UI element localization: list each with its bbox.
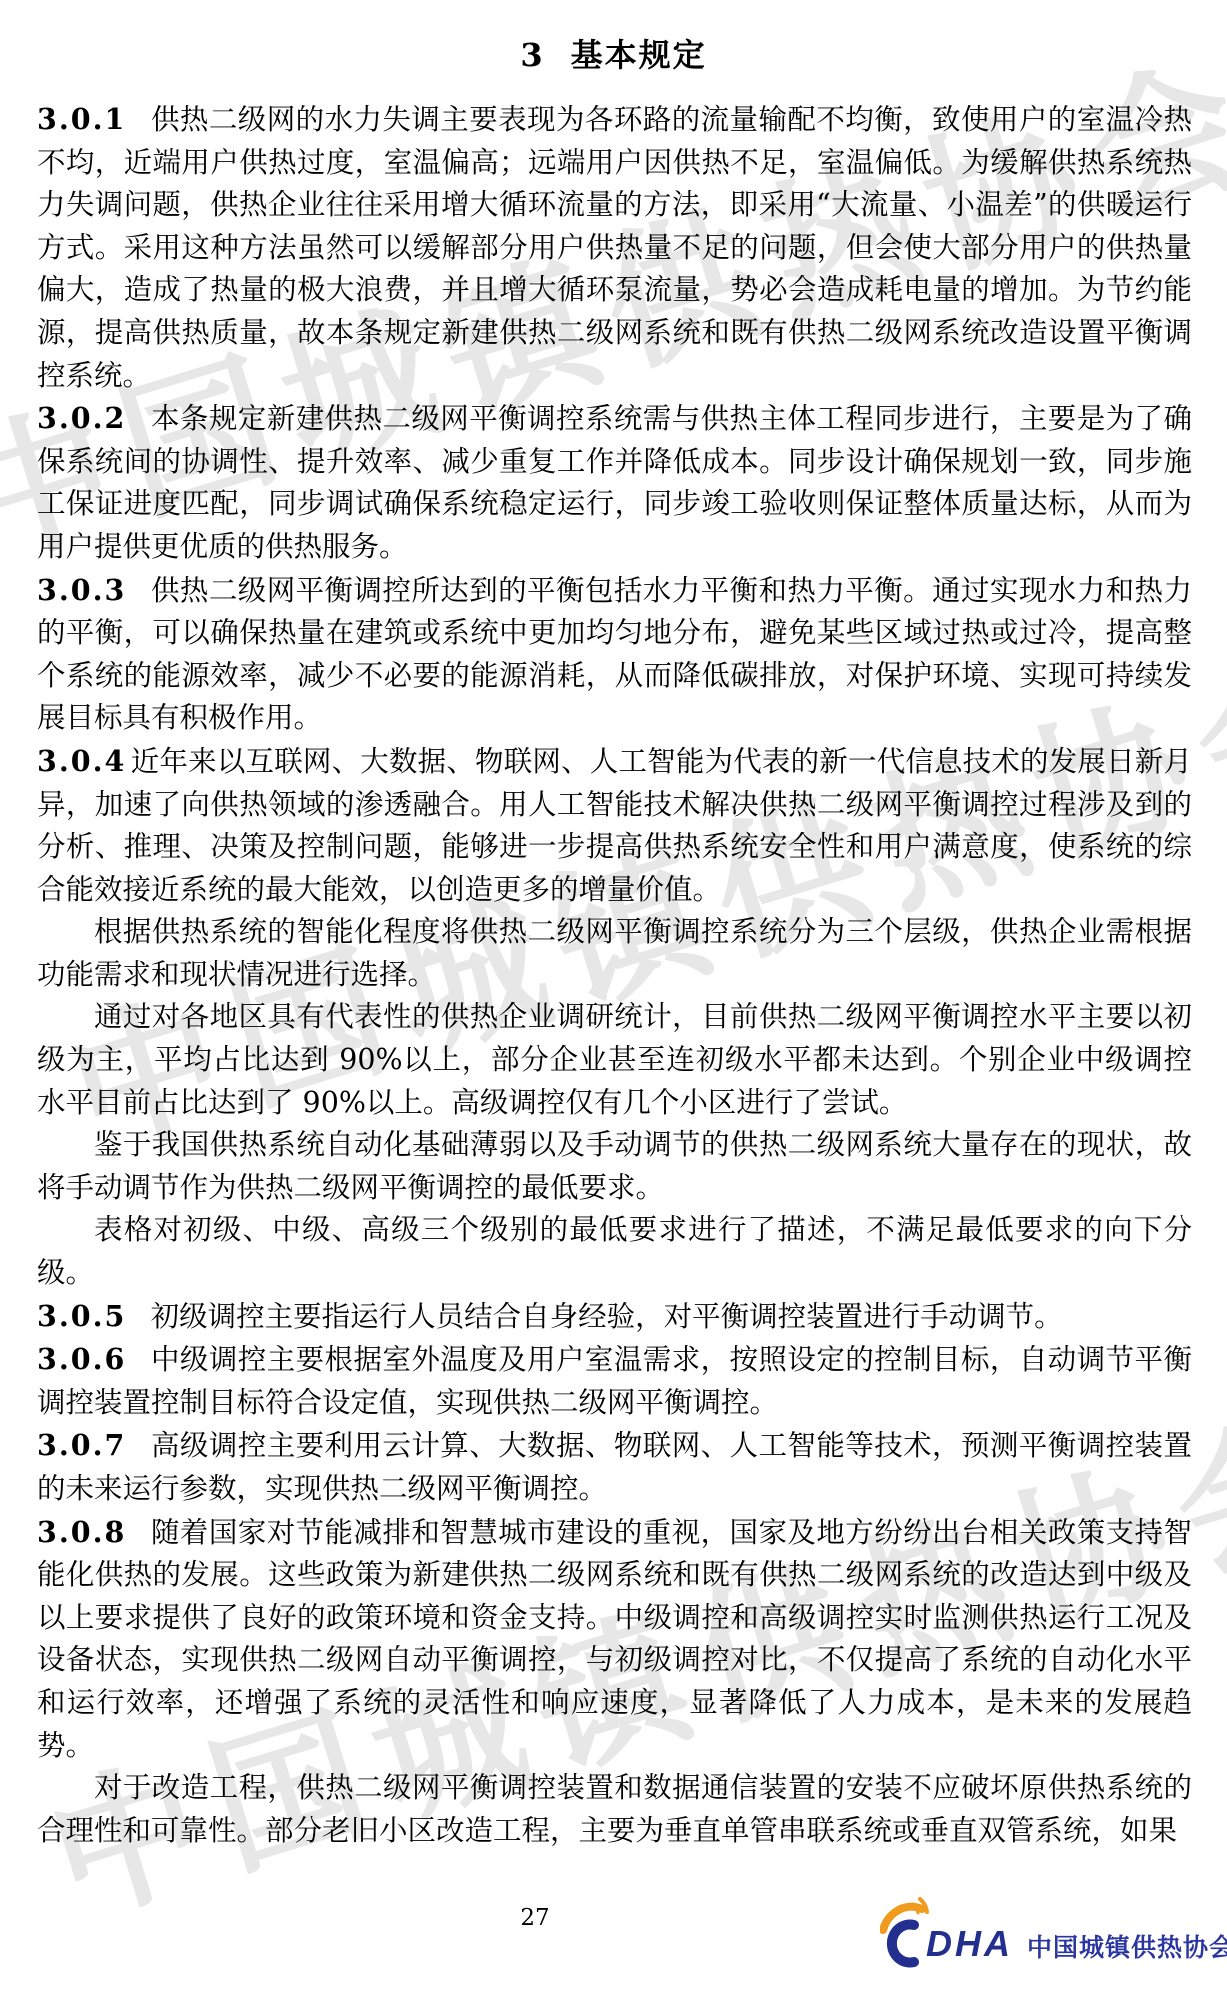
association-logo: DHA 中国城镇供热协会 bbox=[880, 1896, 1227, 1968]
clause-3-0-4: 3.0.4近年来以互联网、大数据、物联网、人工智能为代表的新一代信息技术的发展日… bbox=[37, 740, 1192, 911]
page-number: 27 bbox=[505, 1905, 565, 1931]
clause-3-0-1: 3.0.1供热二级网的水力失调主要表现为各环路的流量输配不均衡，致使用户的室温冷… bbox=[37, 98, 1192, 397]
clause-number: 3.0.8 bbox=[37, 1515, 126, 1549]
clause-3-0-5: 3.0.5初级调控主要指运行人员结合自身经验，对平衡调控装置进行手动调节。 bbox=[37, 1295, 1192, 1339]
commentary-paragraph: 鉴于我国供热系统自动化基础薄弱以及手动调节的供热二级网系统大量存在的现状，故将手… bbox=[37, 1124, 1192, 1209]
clause-3-0-6: 3.0.6中级调控主要根据室外温度及用户室温需求，按照设定的控制目标，自动调节平… bbox=[37, 1338, 1192, 1424]
clause-text: 表格对初级、中级、高级三个级别的最低要求进行了描述，不满足最低要求的向下分级。 bbox=[37, 1213, 1192, 1289]
clause-number: 3.0.2 bbox=[37, 401, 126, 435]
clause-number: 3.0.1 bbox=[37, 102, 126, 136]
chapter-title-text: 基本规定 bbox=[571, 36, 707, 74]
clause-number: 3.0.4 bbox=[37, 744, 126, 778]
chapter-title: 3基本规定 bbox=[0, 30, 1227, 76]
clause-text: 近年来以互联网、大数据、物联网、人工智能为代表的新一代信息技术的发展日新月异，加… bbox=[37, 745, 1192, 906]
commentary-paragraph: 对于改造工程，供热二级网平衡调控装置和数据通信装置的安装不应破坏原供热系统的合理… bbox=[37, 1767, 1192, 1852]
clause-number: 3.0.5 bbox=[37, 1299, 126, 1333]
clause-text: 随着国家对节能减排和智慧城市建设的重视，国家及地方纷纷出台相关政策支持智能化供热… bbox=[37, 1516, 1192, 1762]
clause-number: 3.0.7 bbox=[37, 1428, 126, 1462]
clause-text: 本条规定新建供热二级网平衡调控系统需与供热主体工程同步进行，主要是为了确保系统间… bbox=[37, 402, 1192, 563]
clause-text: 中级调控主要根据室外温度及用户室温需求，按照设定的控制目标，自动调节平衡调控装置… bbox=[37, 1343, 1192, 1419]
logo-acronym: DHA bbox=[926, 1926, 1013, 1962]
clause-text: 供热二级网平衡调控所达到的平衡包括水力平衡和热力平衡。通过实现水力和热力的平衡，… bbox=[37, 574, 1192, 735]
commentary-paragraph: 通过对各地区具有代表性的供热企业调研统计，目前供热二级网平衡调控水平主要以初级为… bbox=[37, 996, 1192, 1124]
logo-org-name: 中国城镇供热协会 bbox=[1027, 1935, 1227, 1960]
clause-text: 高级调控主要利用云计算、大数据、物联网、人工智能等技术，预测平衡调控装置的未来运… bbox=[37, 1429, 1192, 1505]
clause-text: 通过对各地区具有代表性的供热企业调研统计，目前供热二级网平衡调控水平主要以初级为… bbox=[37, 1000, 1192, 1118]
clause-3-0-8: 3.0.8随着国家对节能减排和智慧城市建设的重视，国家及地方纷纷出台相关政策支持… bbox=[37, 1511, 1192, 1768]
clause-number: 3.0.6 bbox=[37, 1342, 126, 1376]
clause-text: 对于改造工程，供热二级网平衡调控装置和数据通信装置的安装不应破坏原供热系统的合理… bbox=[37, 1771, 1192, 1847]
document-page: 中国城镇供热协会 中国城镇供热协会 中国城镇供热协会 3基本规定 3.0.1供热… bbox=[0, 0, 1227, 1995]
clause-text: 根据供热系统的智能化程度将供热二级网平衡调控系统分为三个层级，供热企业需根据功能… bbox=[37, 915, 1192, 991]
clause-3-0-2: 3.0.2本条规定新建供热二级网平衡调控系统需与供热主体工程同步进行，主要是为了… bbox=[37, 397, 1192, 568]
clause-3-0-3: 3.0.3供热二级网平衡调控所达到的平衡包括水力平衡和热力平衡。通过实现水力和热… bbox=[37, 569, 1192, 740]
dha-logo-icon bbox=[880, 1896, 930, 1968]
clause-text: 鉴于我国供热系统自动化基础薄弱以及手动调节的供热二级网系统大量存在的现状，故将手… bbox=[37, 1128, 1192, 1204]
commentary-paragraph: 表格对初级、中级、高级三个级别的最低要求进行了描述，不满足最低要求的向下分级。 bbox=[37, 1209, 1192, 1294]
chapter-number: 3 bbox=[520, 36, 544, 74]
commentary-paragraph: 根据供热系统的智能化程度将供热二级网平衡调控系统分为三个层级，供热企业需根据功能… bbox=[37, 911, 1192, 996]
clause-text: 初级调控主要指运行人员结合自身经验，对平衡调控装置进行手动调节。 bbox=[151, 1300, 1063, 1333]
clause-text: 供热二级网的水力失调主要表现为各环路的流量输配不均衡，致使用户的室温冷热不均，近… bbox=[37, 103, 1192, 392]
clause-number: 3.0.3 bbox=[37, 573, 126, 607]
document-body: 3.0.1供热二级网的水力失调主要表现为各环路的流量输配不均衡，致使用户的室温冷… bbox=[37, 98, 1192, 1852]
clause-3-0-7: 3.0.7高级调控主要利用云计算、大数据、物联网、人工智能等技术，预测平衡调控装… bbox=[37, 1424, 1192, 1510]
